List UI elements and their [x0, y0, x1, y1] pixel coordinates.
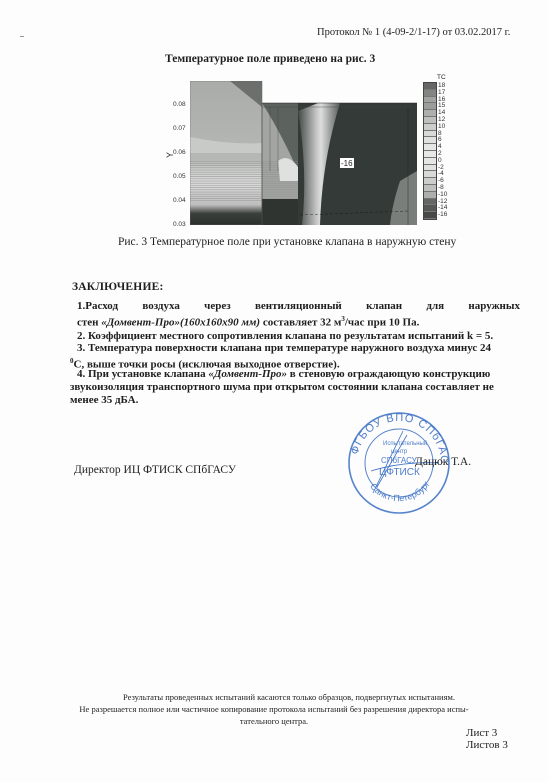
- svg-text:СПбГАСУ: СПбГАСУ: [381, 456, 418, 465]
- y-tick: 0.08: [173, 101, 186, 108]
- scan-artifact: [20, 36, 24, 37]
- y-tick: 0.07: [173, 125, 186, 132]
- item-1-line-1: 1.Расходвоздухачерезвентиляционныйклапан…: [77, 300, 520, 313]
- y-tick: 0.03: [173, 221, 186, 228]
- sheet-number: Лист 3: [466, 727, 497, 739]
- item-1-line-2: стен «Домвент-Про»(160х160х90 мм) состав…: [77, 313, 520, 330]
- temperature-field-plot: -16: [190, 81, 417, 225]
- figure-caption: Рис. 3 Температурное поле при установке …: [118, 236, 456, 248]
- y-tick: 0.06: [173, 149, 186, 156]
- sheet-total: Листов 3: [466, 739, 508, 751]
- colorbar-title: TC: [437, 74, 446, 81]
- figure-intro: Температурное поле приведено на рис. 3: [165, 53, 375, 65]
- y-tick: 0.05: [173, 173, 186, 180]
- inline-contour-label: -16: [341, 159, 353, 168]
- signer-name: Дацюк Т.А.: [415, 456, 471, 468]
- conclusion-item-3: 3. Температура поверхности клапана при т…: [77, 342, 491, 355]
- svg-text:Испытательный: Испытательный: [383, 440, 427, 447]
- colorbar-tick: -16: [438, 211, 447, 218]
- conclusion-item-1: 1.Расходвоздухачерезвентиляционныйклапан…: [77, 300, 520, 330]
- colorbar: [423, 82, 437, 220]
- y-tick: 0.04: [173, 197, 186, 204]
- protocol-reference: Протокол № 1 (4-09-2/1-17) от 03.02.2017…: [317, 27, 510, 38]
- conclusion-heading: ЗАКЛЮЧЕНИЕ:: [72, 281, 164, 293]
- director-title: Директор ИЦ ФТИСК СПбГАСУ: [74, 464, 236, 476]
- footer-disclaimer-3: тательного центра.: [0, 716, 548, 726]
- footer-disclaimer-1: Результаты проведенных испытаний касаютс…: [15, 692, 548, 702]
- footer-disclaimer-2: Не разрешается полное или частичное копи…: [0, 704, 548, 714]
- conclusion-item-4: 4. При установке клапана «Домвент-Про» в…: [77, 368, 522, 407]
